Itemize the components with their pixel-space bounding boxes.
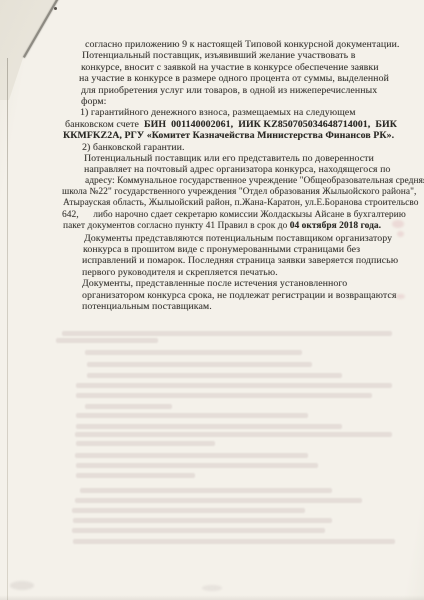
text-segment: для приобретения услуг или товаров, в од… (81, 85, 377, 96)
text-line: согласно приложению 9 к настоящей Типово… (85, 39, 424, 50)
text-segment: 2) банковской гарантии. (82, 142, 185, 153)
text-segment: 1) гарантийного денежного взноса, размещ… (80, 107, 356, 118)
text-line: Документы, представленные после истечени… (82, 278, 424, 289)
text-segment: форм: (81, 96, 106, 107)
bleed-through-line (76, 413, 308, 418)
scan-smudge (10, 581, 34, 590)
bold-text-segment: ККМFKZ2A, РГУ «Комитет Казначейства Мини… (63, 130, 394, 141)
bold-text-segment: БИН 001140002061, ИИК KZ8507050346487140… (144, 119, 397, 130)
text-segment: Документы представляются потенциальным п… (84, 233, 392, 244)
bleed-through-line (87, 362, 312, 367)
text-line: адресу: Коммунальное государственное учр… (85, 176, 424, 187)
text-segment: банковском счете (65, 119, 144, 130)
bleed-through-line (75, 498, 362, 503)
text-segment: первого руководителя и скрепляется печат… (82, 267, 278, 278)
bleed-through-line (73, 518, 332, 523)
text-segment: организатором конкурса срока, не подлежа… (82, 290, 396, 301)
text-line: организатором конкурса срока, не подлежа… (82, 290, 424, 301)
bleed-through-line (72, 528, 325, 533)
scan-smudge (202, 585, 222, 591)
scan-speck (54, 7, 57, 10)
text-line: 1) гарантийного денежного взноса, размещ… (80, 107, 424, 118)
text-line: потенциальным поставщикам. (82, 301, 424, 312)
bleed-through-line (75, 453, 308, 458)
text-segment: конкурса в прошитом виде с пронумерованн… (83, 244, 360, 255)
text-line: конкурсе, вносит с заявкой на участие в … (81, 62, 424, 73)
text-segment: направляет на почтовый адрес организатор… (84, 164, 390, 175)
text-line: Потенциальный поставщик, изъявивший жела… (82, 50, 424, 61)
text-line: Атырауская область, Жылыойский район, п.… (63, 198, 424, 209)
bleed-through-line (76, 473, 195, 478)
text-segment: согласно приложению 9 к настоящей Типово… (85, 39, 399, 50)
text-line: банковском счете БИН 001140002061, ИИК K… (65, 119, 424, 130)
text-line: Документы представляются потенциальным п… (84, 233, 424, 244)
text-line: Потенциальный поставщик или его представ… (84, 153, 424, 164)
text-segment: исправлений и помарок. Последняя страниц… (82, 255, 398, 266)
bleed-through-line (75, 432, 392, 437)
bold-text-segment: 04 октября 2018 года. (290, 221, 381, 231)
page-edge-bottom (0, 595, 424, 600)
bleed-through-line (76, 441, 215, 446)
document-lines: согласно приложению 9 к настоящей Типово… (0, 39, 424, 312)
bleed-through-line (76, 463, 318, 468)
text-segment: пакет документов согласно пункту 41 Прав… (63, 221, 290, 231)
scanned-page: согласно приложению 9 к настоящей Типово… (0, 0, 424, 600)
text-line: на участие в конкурсе в размере одного п… (79, 73, 424, 84)
text-segment: на участие в конкурсе в размере одного п… (79, 73, 389, 84)
text-segment: Документы, представленные после истечени… (82, 278, 347, 289)
bleed-through-line (73, 539, 395, 544)
text-line: первого руководителя и скрепляется печат… (82, 267, 424, 278)
bleed-through-line (76, 393, 372, 398)
text-segment: адресу: Коммунальное государственное учр… (85, 176, 424, 186)
text-line: исправлений и помарок. Последняя страниц… (82, 255, 424, 266)
bleed-through-line (85, 350, 302, 355)
bleed-through-line (76, 383, 392, 388)
bleed-through-line (80, 488, 332, 493)
text-line: пакет документов согласно пункту 41 Прав… (63, 221, 424, 232)
text-line: 642, либо нарочно сдает секретарю комисс… (62, 210, 424, 221)
bleed-through-line (87, 373, 342, 378)
text-segment: потенциальным поставщикам. (82, 301, 212, 312)
text-segment: конкурсе, вносит с заявкой на участие в … (81, 62, 379, 73)
text-line: конкурса в прошитом виде с пронумерованн… (83, 244, 424, 255)
text-line: направляет на почтовый адрес организатор… (84, 164, 424, 175)
text-segment: Атырауская область, Жылыойский район, п.… (63, 198, 418, 208)
text-line: ККМFKZ2A, РГУ «Комитет Казначейства Мини… (63, 130, 424, 141)
text-line: школа №22" государственного учреждения "… (62, 187, 424, 198)
bleed-through-line (76, 424, 342, 429)
text-line: форм: (81, 96, 424, 107)
bleed-through-line (62, 331, 392, 336)
text-segment: Потенциальный поставщик, изъявивший жела… (82, 50, 355, 61)
text-segment: Потенциальный поставщик или его представ… (84, 153, 374, 164)
text-segment: школа №22" государственного учреждения "… (62, 187, 416, 197)
bleed-through-line (85, 404, 172, 409)
text-line: 2) банковской гарантии. (82, 142, 424, 153)
bleed-through-line (56, 338, 158, 343)
bleed-through-line (72, 508, 305, 513)
text-line: для приобретения услуг или товаров, в од… (81, 85, 424, 96)
text-segment: 642, либо нарочно сдает секретарю комисс… (62, 210, 406, 220)
